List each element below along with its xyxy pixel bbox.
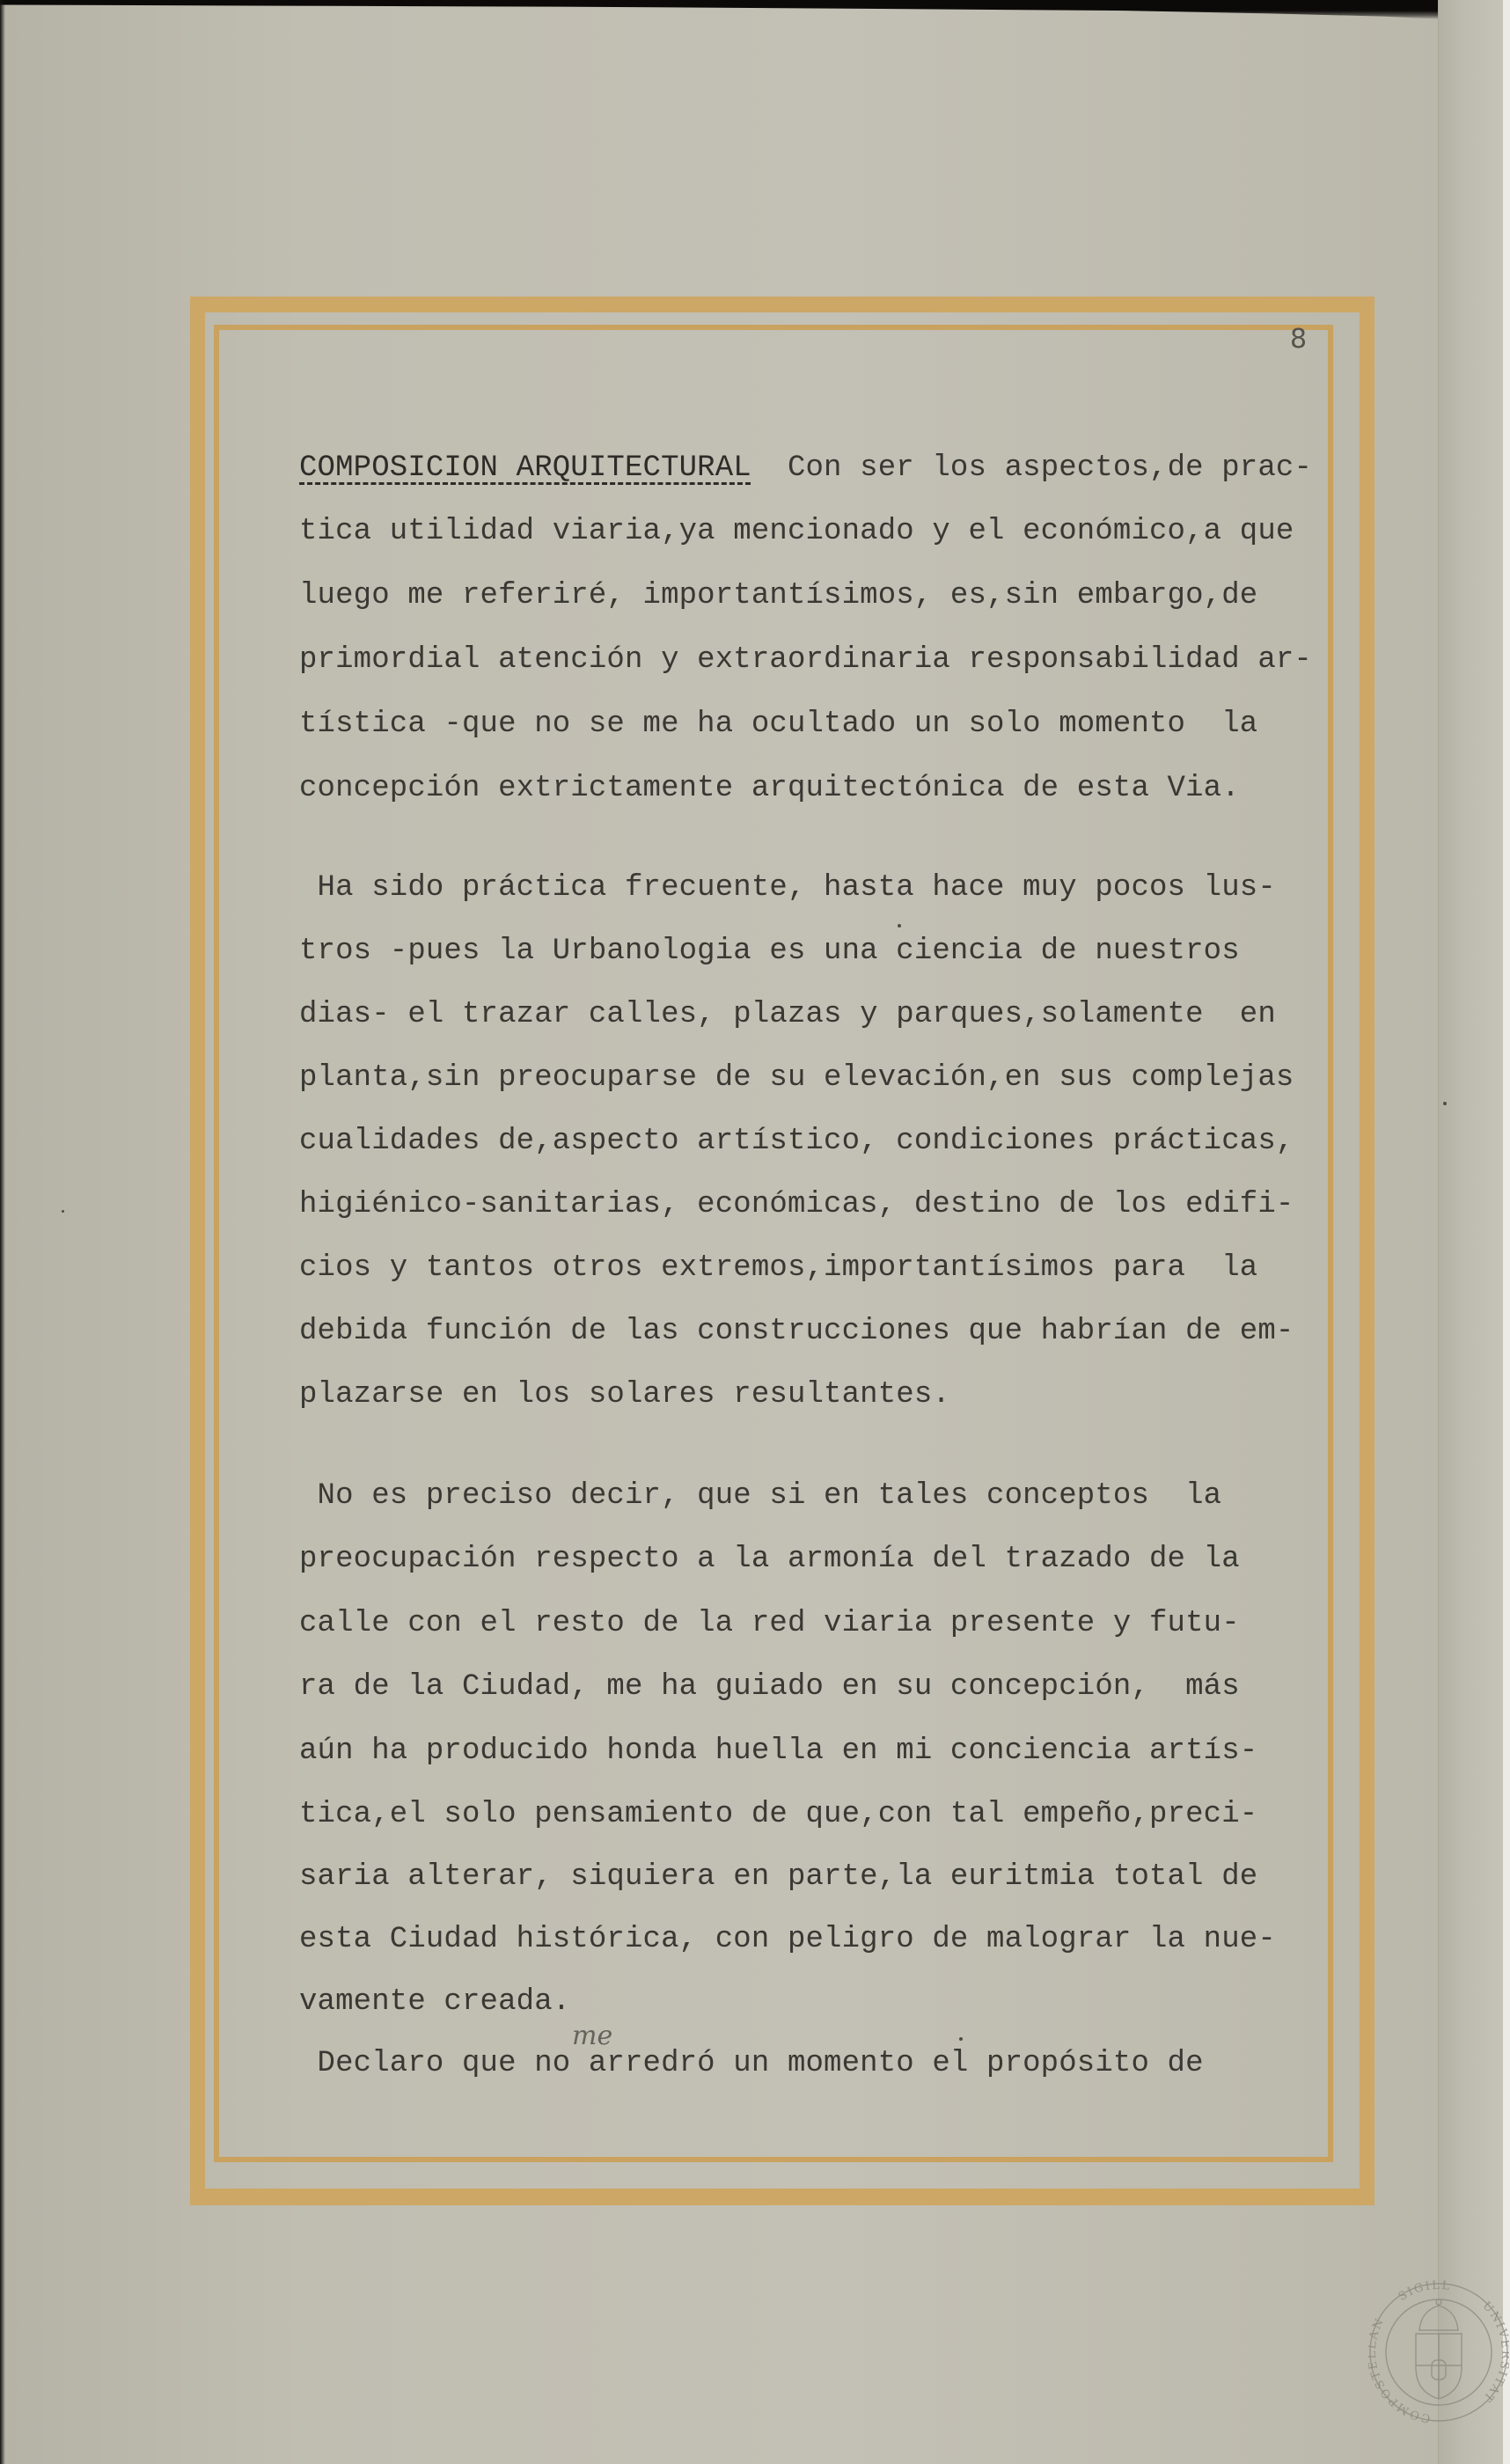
text-line: planta,sin preocuparse de su elevación,e… [299, 1060, 1294, 1096]
text-line: tros -pues la Urbanologia es una ciencia… [299, 934, 1240, 969]
text-line: cualidades de,aspecto artístico, condici… [299, 1124, 1294, 1159]
dust-speck [1443, 1102, 1447, 1105]
dust-speck [62, 1210, 64, 1213]
adjacent-page-edge [1438, 0, 1506, 2464]
text-line: dias- el trazar calles, plazas y parques… [299, 997, 1276, 1032]
text-line: calle con el resto de la red viaria pres… [299, 1606, 1240, 1641]
seal-text-bottom: UNIVERSITAT [1480, 2299, 1509, 2405]
text-line: Ha sido práctica frecuente, hasta hace m… [299, 870, 1276, 906]
text-line: vamente creada. [299, 1984, 570, 2020]
text-line: cios y tantos otros extremos,importantís… [299, 1250, 1257, 1286]
section-heading: COMPOSICION ARQUITECTURAL [299, 451, 751, 485]
text-line: saria alterar, siquiera en parte,la euri… [299, 1859, 1257, 1895]
text-line: primordial atención y extraordinaria res… [299, 642, 1312, 678]
seal-text-left: COMPOSTELLAN [1368, 2315, 1432, 2424]
text-line: plazarse en los solares resultantes. [299, 1377, 950, 1412]
text-line: preocupación respecto a la armonía del t… [299, 1542, 1240, 1577]
text-line: debida función de las construcciones que… [299, 1314, 1294, 1349]
svg-text:UNIVERSITAT: UNIVERSITAT [1480, 2299, 1509, 2405]
text-line: tística -que no se me ha ocultado un sol… [299, 707, 1257, 742]
dust-speck [959, 2037, 963, 2041]
text-line: tica,el solo pensamiento de que,con tal … [299, 1797, 1257, 1832]
text-line: aún ha producido honda huella en mi conc… [299, 1734, 1257, 1769]
text-line: No es preciso decir, que si en tales con… [299, 1478, 1221, 1514]
text-line: tica utilidad viaria,ya mencionado y el … [299, 514, 1294, 549]
svg-text:COMPOSTELLAN: COMPOSTELLAN [1368, 2315, 1432, 2424]
text-line: luego me referiré, importantísimos, es,s… [299, 578, 1257, 613]
scan-right-margin [1503, 0, 1510, 2464]
scan-left-shadow [0, 0, 5, 2464]
text-line: Declaro que no arredró un momento el pro… [299, 2046, 1204, 2081]
text-line: higiénico-sanitarias, económicas, destin… [299, 1187, 1294, 1222]
page-number: 8 [1290, 324, 1307, 355]
text-line: concepción extrictamente arquitectónica … [299, 771, 1240, 806]
text-line-fragment: Con ser los aspectos,de prac- [751, 451, 1312, 485]
text-line: esta Ciudad histórica, con peligro de ma… [299, 1922, 1276, 1957]
dust-speck [898, 924, 901, 928]
text-line: COMPOSICION ARQUITECTURAL Con ser los as… [299, 451, 1312, 486]
university-seal-stamp: COMPOSTELLAN SIGILL UNIVERSITAT [1368, 2279, 1509, 2429]
text-line: ra de la Ciudad, me ha guiado en su conc… [299, 1669, 1240, 1705]
